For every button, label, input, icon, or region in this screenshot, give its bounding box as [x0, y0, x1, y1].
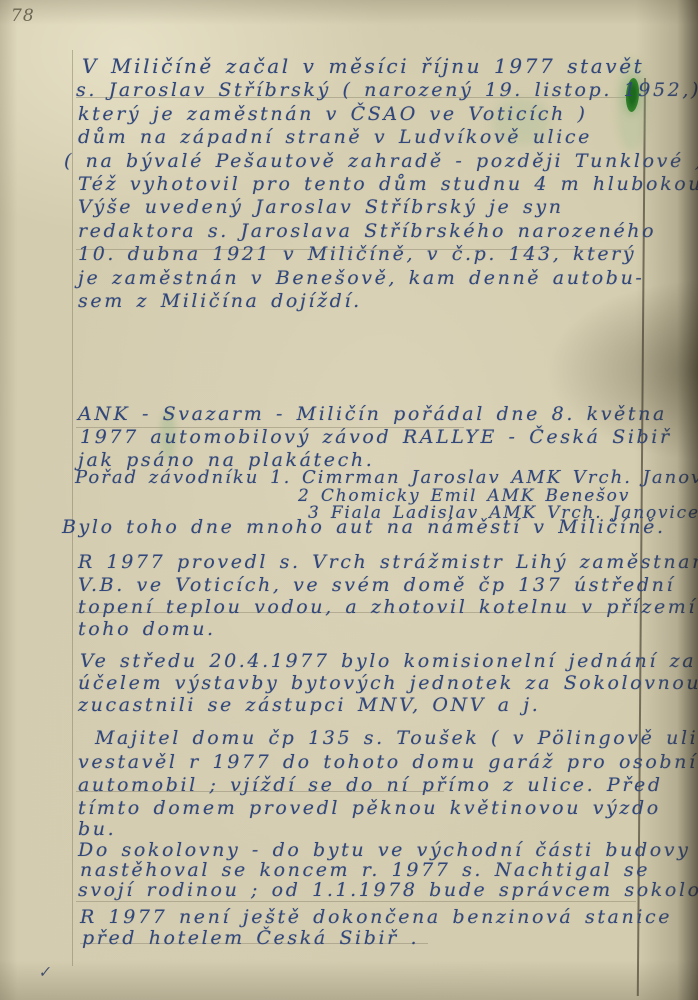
handwritten-line: Pořad závodníku 1. Cimrman Jaroslav AMK …	[75, 467, 698, 488]
handwritten-line: vestavěl r 1977 do tohoto domu garáž pro…	[78, 751, 698, 773]
handwritten-line: Majitel domu čp 135 s. Toušek ( v Pöling…	[95, 727, 698, 749]
handwritten-line: R 1977 není ještě dokončena benzinová st…	[80, 906, 672, 928]
handwritten-line: je zaměstnán v Benešově, kam denně autob…	[78, 267, 644, 289]
handwritten-line: redaktora s. Jaroslava Stříbrského naroz…	[78, 220, 656, 242]
handwritten-line: R 1977 provedl s. Vrch strážmistr Lihý z…	[78, 551, 698, 573]
handwritten-line: V Miličíně začal v měsíci říjnu 1977 sta…	[82, 54, 644, 78]
handwritten-line: Výše uvedený Jaroslav Stříbrský je syn	[78, 196, 564, 218]
handwritten-line: 1977 automobilový závod RALLYE - Česká S…	[80, 426, 672, 448]
handwritten-line: bu.	[78, 818, 116, 840]
handwritten-line: Též vyhotovil pro tento dům studnu 4 m h…	[78, 173, 698, 195]
handwritten-line: svojí rodinou ; od 1.1.1978 bude správce…	[78, 879, 698, 901]
handwritten-line: ( na bývalé Pešautově zahradě - později …	[64, 150, 698, 172]
left-margin-rule	[72, 50, 73, 966]
handwritten-line: účelem výstavby bytových jednotek za Sok…	[78, 672, 698, 694]
checkmark: ✓	[37, 962, 51, 981]
handwritten-line: topení teplou vodou, a zhotovil kotelnu …	[78, 596, 697, 618]
handwritten-line: s. Jaroslav Stříbrský ( narozený 19. lis…	[76, 79, 698, 101]
handwritten-line: dům na západní straně v Ludvíkově ulice	[78, 126, 592, 148]
handwritten-line: V.B. ve Voticích, ve svém domě čp 137 ús…	[78, 574, 675, 596]
page-number: 78	[11, 6, 35, 26]
handwritten-line: toho domu.	[78, 618, 216, 640]
chronicle-page: 78 V Miličíně začal v měsíci říjnu 1977 …	[0, 0, 698, 1000]
handwritten-line: který je zaměstnán v ČSAO ve Voticích )	[78, 103, 588, 125]
handwritten-line: Ve středu 20.4.1977 bylo komisionelní je…	[80, 650, 696, 672]
handwritten-line: Do sokolovny - do bytu ve východní části…	[78, 839, 690, 861]
handwritten-line: automobil ; vjíždí se do ní přímo z ulic…	[78, 774, 663, 796]
handwritten-line: 10. dubna 1921 v Miličíně, v č.p. 143, k…	[78, 243, 636, 265]
handwritten-line: ANK - Svazarm - Miličín pořádal dne 8. k…	[78, 403, 667, 425]
handwritten-line: sem z Miličína dojíždí.	[78, 290, 362, 312]
handwritten-line: zucastnili se zástupci MNV, ONV a j.	[78, 694, 540, 716]
pencil-guide-line	[76, 901, 636, 902]
handwritten-line: před hotelem Česká Sibiř .	[82, 927, 419, 949]
handwritten-line: tímto domem provedl pěknou květinovou vý…	[78, 797, 661, 819]
handwritten-line: Bylo toho dne mnoho aut na náměstí v Mil…	[62, 516, 666, 538]
handwritten-line: nastěhoval se koncem r. 1977 s. Nachtiga…	[80, 859, 650, 881]
